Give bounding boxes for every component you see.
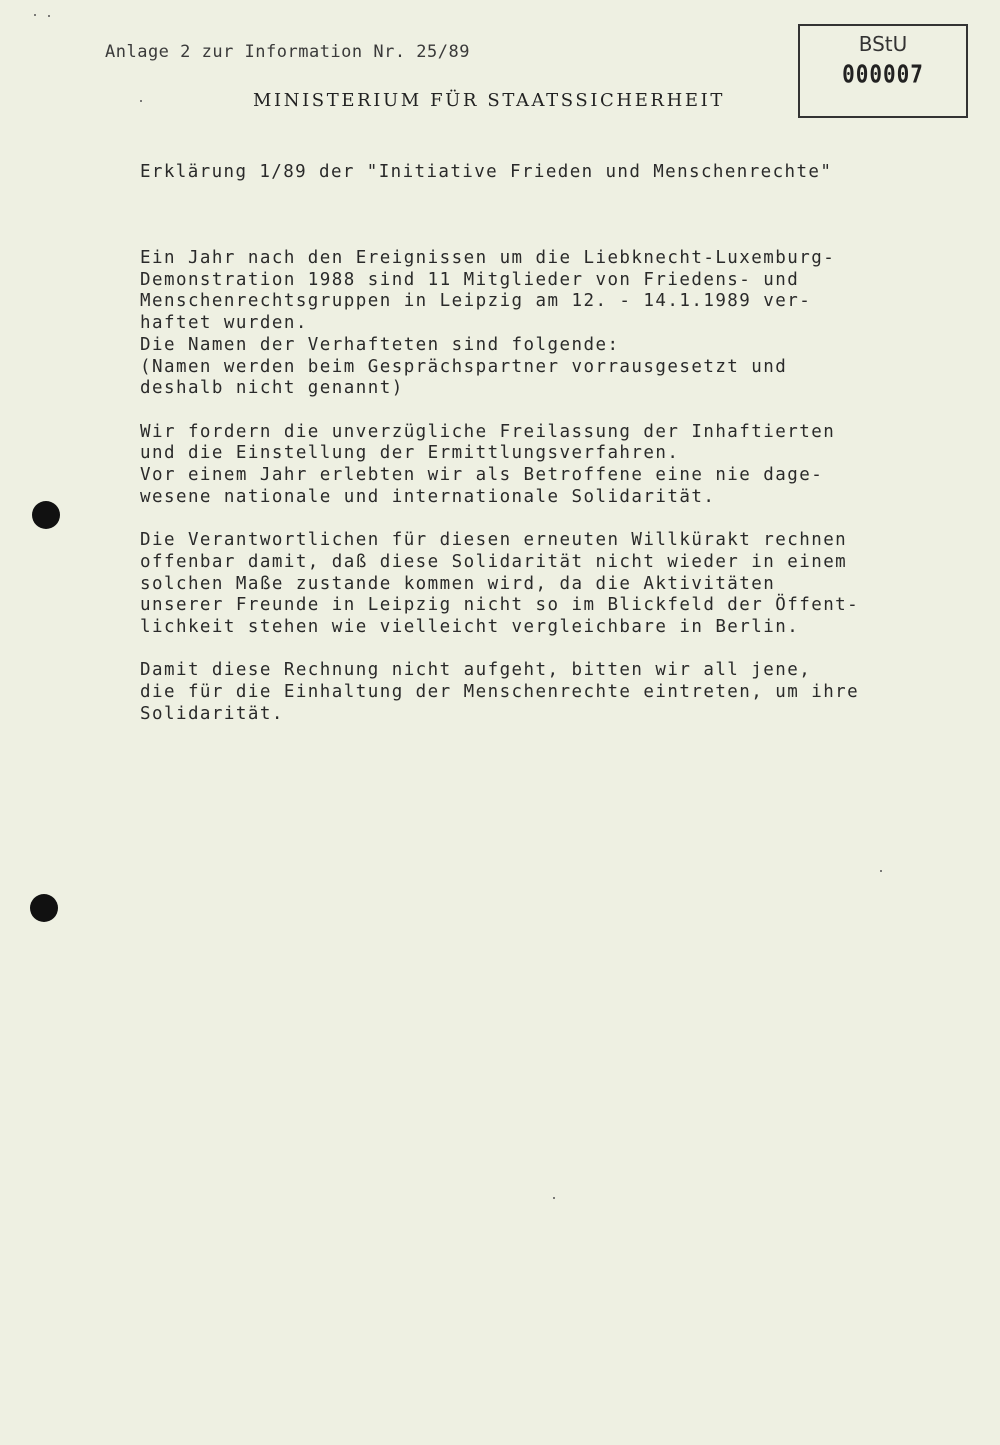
speck-mark xyxy=(553,1197,555,1199)
paragraph-arrests: Ein Jahr nach den Ereignissen um die Lie… xyxy=(140,248,940,400)
stamp-number: 000007 xyxy=(800,60,966,89)
paragraph-demands: Wir fordern die unverzügliche Freilassun… xyxy=(140,422,940,509)
ministry-heading: MINISTERIUM FÜR STAATSSICHERHEIT xyxy=(253,90,725,111)
document-body: Ein Jahr nach den Ereignissen um die Lie… xyxy=(140,248,940,747)
stamp-label: BStU xyxy=(800,32,966,56)
paragraph-solidarity: Die Verantwortlichen für diesen erneuten… xyxy=(140,530,940,639)
paragraph-appeal: Damit diese Rechnung nicht aufgeht, bitt… xyxy=(140,660,940,725)
speck-mark xyxy=(880,870,882,872)
punch-hole-icon xyxy=(30,894,58,922)
archive-stamp: BStU 000007 xyxy=(798,24,968,118)
punch-hole-icon xyxy=(32,501,60,529)
speck-mark xyxy=(34,14,36,16)
speck-mark xyxy=(48,15,50,17)
annex-reference: Anlage 2 zur Information Nr. 25/89 xyxy=(105,42,470,62)
document-title: Erklärung 1/89 der "Initiative Frieden u… xyxy=(140,162,832,182)
speck-mark xyxy=(140,100,142,102)
